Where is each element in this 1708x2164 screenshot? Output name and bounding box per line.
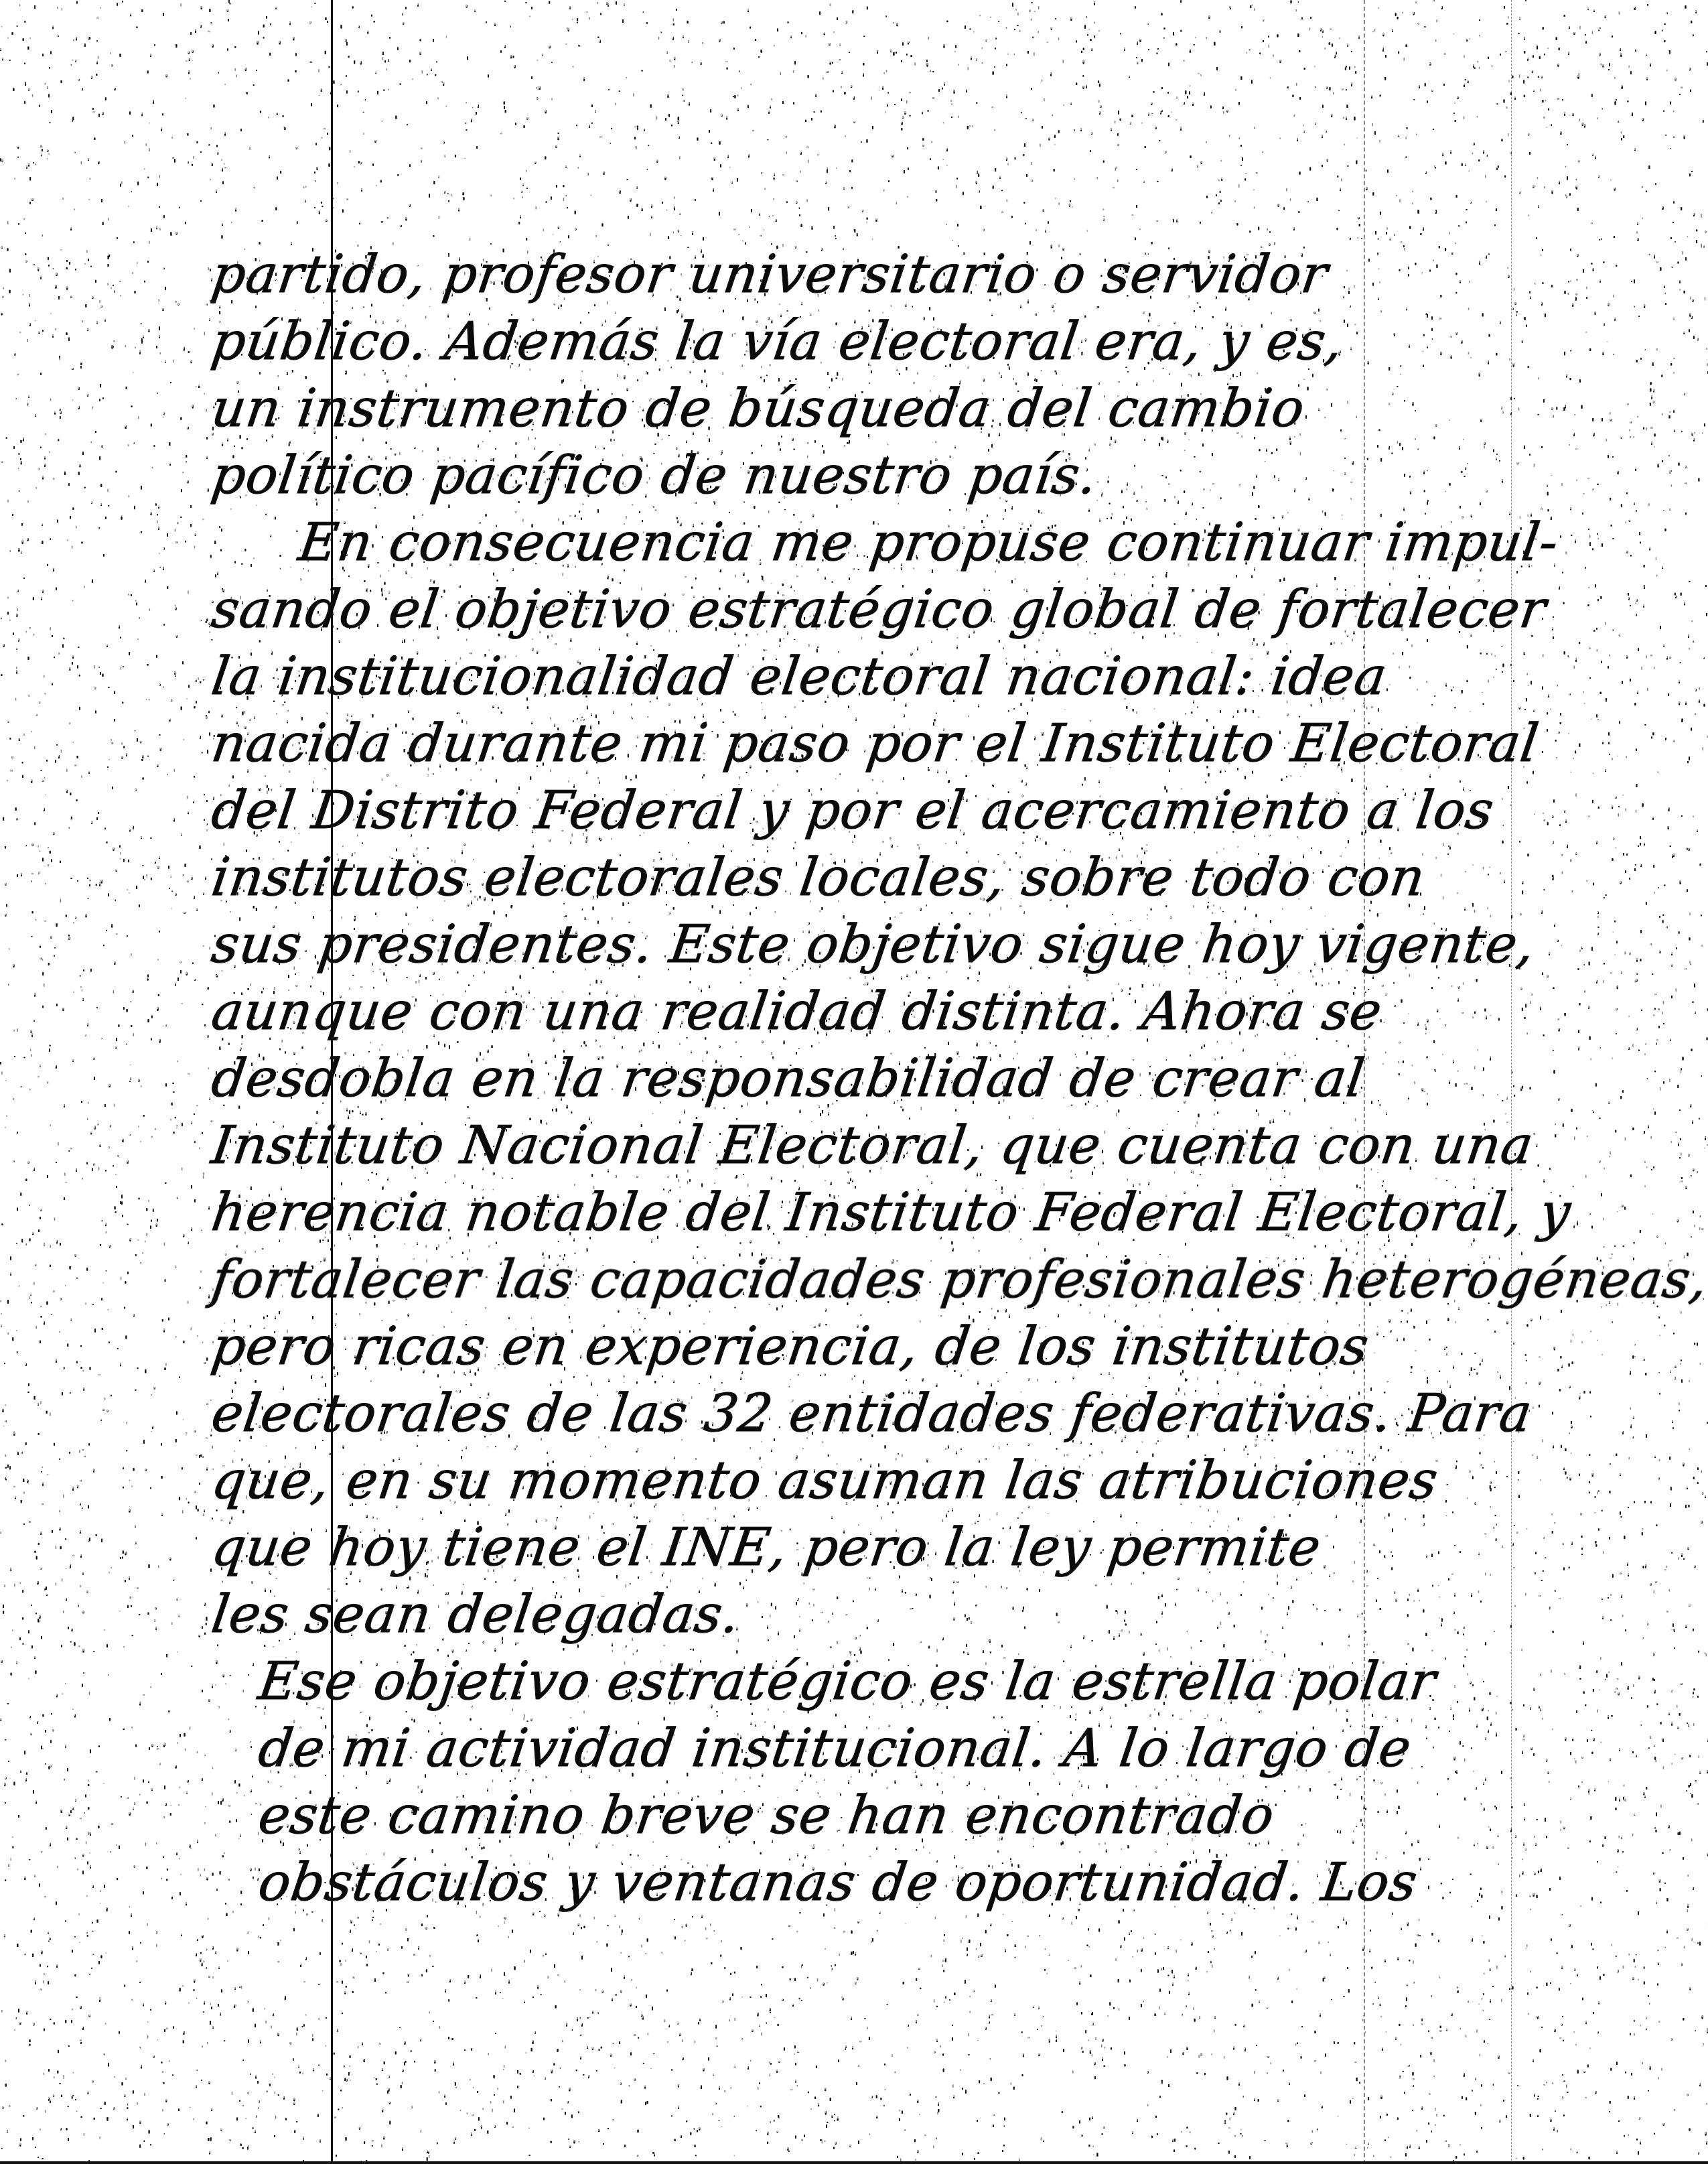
- manuscript-line: que hoy tiene el INE, pero la ley permit…: [208, 1514, 1624, 1581]
- manuscript-line: que, en su momento asuman las atribucion…: [208, 1447, 1624, 1514]
- manuscript-line: este camino breve se han encontrado: [208, 1782, 1624, 1849]
- manuscript-line: partido, profesor universitario o servid…: [208, 241, 1624, 308]
- handwritten-text-block: partido, profesor universitario o servid…: [208, 241, 1614, 1916]
- manuscript-line: la institucionalidad electoral nacional:…: [208, 643, 1624, 710]
- manuscript-line: sando el objetivo estratégico global de …: [208, 576, 1624, 643]
- manuscript-line: del Distrito Federal y por el acercamien…: [208, 777, 1624, 844]
- manuscript-line: aunque con una realidad distinta. Ahora …: [208, 978, 1624, 1045]
- manuscript-line: de mi actividad institucional. A lo larg…: [208, 1715, 1624, 1782]
- manuscript-line-paragraph-start: En consecuencia me propuse continuar imp…: [208, 509, 1624, 576]
- manuscript-line-paragraph-start: Ese objetivo estratégico es la estrella …: [208, 1648, 1624, 1715]
- manuscript-line: Instituto Nacional Electoral, que cuenta…: [208, 1112, 1624, 1179]
- manuscript-line: nacida durante mi paso por el Instituto …: [208, 710, 1624, 777]
- page-bottom-edge: [0, 2161, 1708, 2164]
- manuscript-line: sus presidentes. Este objetivo sigue hoy…: [208, 911, 1624, 978]
- manuscript-line: institutos electorales locales, sobre to…: [208, 844, 1624, 911]
- manuscript-line: pero ricas en experiencia, de los instit…: [208, 1313, 1624, 1380]
- manuscript-line: político pacífico de nuestro país.: [208, 442, 1624, 509]
- scanned-page: partido, profesor universitario o servid…: [0, 0, 1708, 2164]
- manuscript-line: desdobla en la responsabilidad de crear …: [208, 1045, 1624, 1112]
- manuscript-line: herencia notable del Instituto Federal E…: [208, 1179, 1624, 1246]
- manuscript-line: electorales de las 32 entidades federati…: [208, 1380, 1624, 1447]
- manuscript-line: les sean delegadas.: [208, 1581, 1624, 1648]
- manuscript-line: público. Además la vía electoral era, y …: [208, 308, 1624, 375]
- manuscript-line: obstáculos y ventanas de oportunidad. Lo…: [208, 1849, 1624, 1916]
- manuscript-line: un instrumento de búsqueda del cambio: [208, 375, 1624, 442]
- manuscript-line: fortalecer las capacidades profesionales…: [208, 1246, 1624, 1313]
